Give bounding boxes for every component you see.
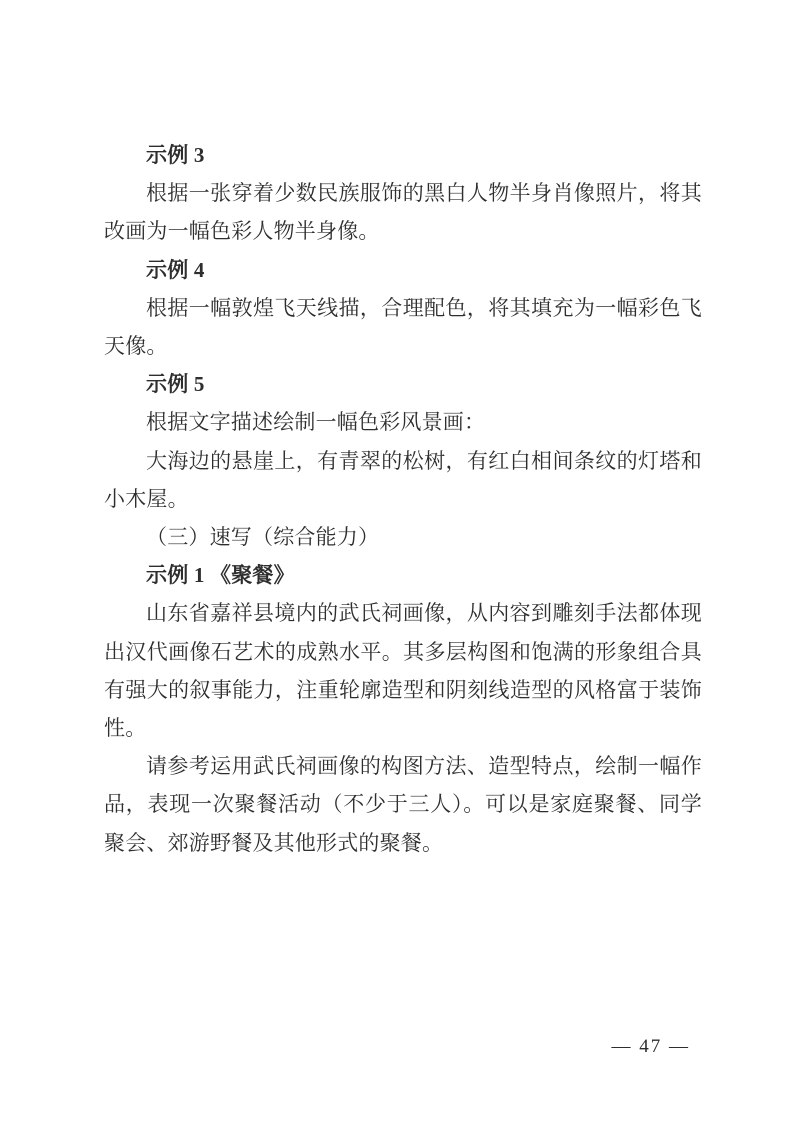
assignment-paragraph: 请参考运用武氏祠画像的构图方法、造型特点，绘制一幅作品，表现一次聚餐活动（不少于… bbox=[104, 747, 702, 862]
example-4-heading: 示例 4 bbox=[104, 251, 702, 289]
example-1-dinner-heading: 示例 1 《聚餐》 bbox=[104, 556, 702, 594]
page-content: 示例 3 根据一张穿着少数民族服饰的黑白人物半身肖像照片，将其改画为一幅色彩人物… bbox=[104, 136, 702, 862]
wushi-shrine-paragraph: 山东省嘉祥县境内的武氏祠画像，从内容到雕刻手法都体现出汉代画像石艺术的成熟水平。… bbox=[104, 594, 702, 747]
example-4-paragraph: 根据一幅敦煌飞天线描，合理配色，将其填充为一幅彩色飞天像。 bbox=[104, 289, 702, 365]
example-3-heading: 示例 3 bbox=[104, 136, 702, 174]
example-5-heading: 示例 5 bbox=[104, 365, 702, 403]
section-3-sketch-heading: （三）速写（综合能力） bbox=[104, 518, 702, 556]
document-page: 示例 3 根据一张穿着少数民族服饰的黑白人物半身肖像照片，将其改画为一幅色彩人物… bbox=[0, 0, 794, 1123]
example-5-description-paragraph: 大海边的悬崖上，有青翠的松树，有红白相间条纹的灯塔和小木屋。 bbox=[104, 442, 702, 518]
page-number: — 47 — bbox=[0, 1036, 690, 1058]
example-5-intro-paragraph: 根据文字描述绘制一幅色彩风景画： bbox=[104, 403, 702, 441]
example-3-paragraph: 根据一张穿着少数民族服饰的黑白人物半身肖像照片，将其改画为一幅色彩人物半身像。 bbox=[104, 174, 702, 250]
